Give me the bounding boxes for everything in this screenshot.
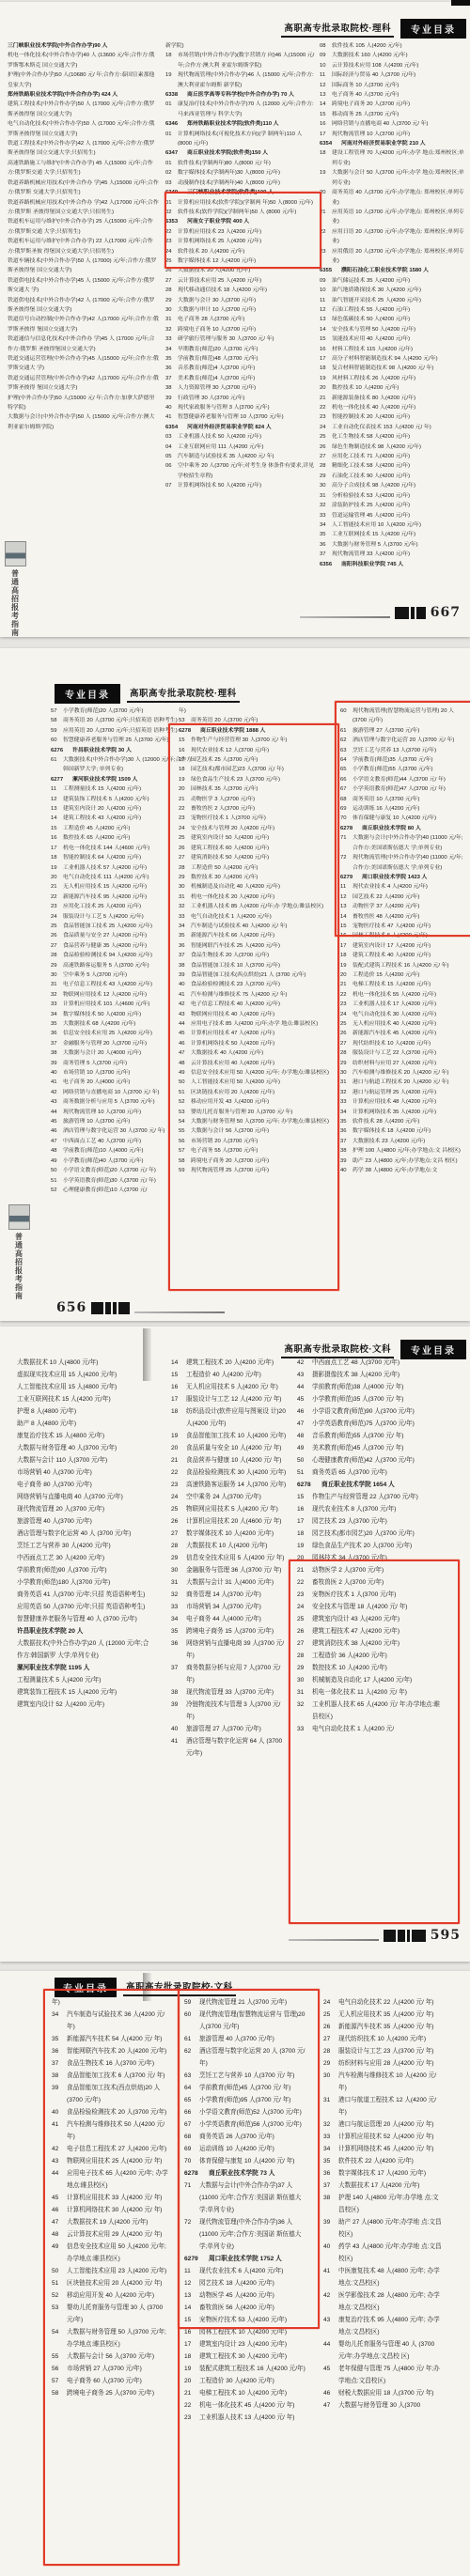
catalog-entry: 23宠物医疗技术 1 人(3700 元/年) (297, 1589, 446, 1601)
major-text: 现代物流管理 21 人(3700 元/年) (199, 1996, 306, 2009)
major-text: 食品生物技术 16 人(3700 元/年) (67, 2057, 172, 2070)
major-text: 现代农业技术 12 人(3700 元/年) (191, 746, 333, 755)
major-number: 17 (171, 1393, 186, 1405)
catalog-entry: 67小学英语教育(师范)47 人(3700 元/ 年) (340, 784, 468, 794)
major-number: 51 (297, 1466, 312, 1479)
major-number: 40 (340, 1166, 352, 1175)
major-number: 48 (179, 1059, 191, 1068)
catalog-entry: 6276许昌职业技术学院 30 人 (51, 746, 194, 755)
major-number: 09 (320, 51, 332, 60)
catalog-entry: 41酒店管理与数字化运营 64 人 (3700 元/年) (171, 1735, 287, 1760)
major-number: 26 (340, 1029, 352, 1038)
major-number: 41 (165, 412, 178, 422)
catalog-entry: 56市场营销 20 人(3700 元/年) (179, 1137, 333, 1146)
major-number: 57 (52, 2375, 67, 2387)
catalog-entry: 6349三门峡职业技术学院(软件类)100 人 (165, 188, 316, 197)
catalog-entry: 27云计算技术应用 25 人(4200 元/年) (165, 276, 316, 286)
major-number: 09 (320, 276, 332, 286)
major-text: 电梯工程技术 10 人(4200 元/年) (199, 2387, 306, 2399)
catalog-entry: 02软件技术(软件学院)(学制两年)50 人 (8000 元/年) (165, 208, 316, 217)
major-text: 计算机应用技术 23 人(4200 元/年) (178, 227, 316, 237)
catalog-entry: 15氢能技术应用 40 人(4200 元/年) (320, 334, 468, 344)
major-number: 41 (171, 1735, 186, 1747)
major-number: 44 (323, 2338, 338, 2351)
major-text: 数控技术 10 人(4200 元/年) (332, 383, 468, 393)
school-name: 商丘职业技术学院 1888 人 (200, 726, 333, 736)
catalog-entry: 29信息安全技术应用 5 人(4200 元/ 年) (171, 1552, 287, 1564)
major-number: 53 (179, 716, 191, 725)
major-text: 现代物流管理(中外合作办学)36 人(11000 元/年;合作方:美国诺 斯伍德… (199, 2216, 306, 2253)
catalog-entry: 51商务英语 65 人(3700 元/年) (297, 1466, 446, 1479)
catalog-entry: 44应用电子技术 85 人(4200 元/年;办学 地点:睢县校区) (179, 1019, 333, 1029)
major-text: 氢能技术应用 40 人(4200 元/年) (332, 334, 468, 344)
major-text: 现代物流管理(智慧物流运营与 管理)20 人(3700 元/年) (199, 2009, 306, 2033)
major-number: 48 (297, 1430, 312, 1442)
major-number: 25 (51, 922, 63, 931)
scanned-catalog-screenshot: { "doc": { "tab_text": "普通高招报考指南", "acce… (0, 0, 470, 2576)
major-number: 37 (320, 550, 332, 559)
catalog-entry: 21动物医学 2 人(3700 元/年) (297, 1564, 446, 1576)
major-text: 移动应用开发 40 人(4200 元/年) (67, 2289, 172, 2302)
catalog-entry: 46财税大数据应用 18 人(3700 元/ 年) (323, 2387, 442, 2399)
catalog-entry: 47大数据技术 19 人(4200 元/年) (52, 2216, 172, 2228)
major-text: 工业互联网应用 111 人(4200 元/年) (178, 442, 316, 452)
school-code: 6353 (165, 217, 187, 226)
major-number: 50 (51, 1166, 63, 1175)
major-text: 市场营销 10 人(3700 元/年) (63, 1068, 194, 1078)
catalog-entry: 22食品检验检测技术 30 人(4200 元/年) (171, 1466, 287, 1479)
major-text: 食品生物技术 20 人(3700 元/年) (191, 951, 333, 960)
major-text: 现代物流管理(中外合作办学)40 (11000 元/年;合作方:美国诺斯伍德大 … (352, 853, 468, 873)
major-number: 30 (340, 1068, 352, 1078)
school-name: 河南对外经济贸易职业学院 824 人 (187, 423, 316, 432)
catalog-entry: 25无人机应用技术 35 人(4200 元/ 年) (323, 2009, 442, 2021)
publisher-logo-icon (8, 1204, 30, 1230)
catalog-entry: 19风材料工程技术 26 人(4200 元/年) (320, 374, 468, 383)
scanned-page-1: 高职高专批录取院校·理科专业目录三门峡职业技术学院(中外合作办学)90 人机电一… (0, 2, 470, 637)
major-text: 绿色生物制造技术 98 人(4200 元/年) (332, 442, 468, 452)
major-number: 48 (51, 1146, 63, 1156)
text-column-1: 57小学教育(师范)20 人(3700 元/年)58商务英语 20 人(3700… (51, 706, 194, 1298)
catalog-entry: 大数据与会计(中外合作办学)50 人 (15000 元/年;合作方:澳大利亚霍尔… (8, 412, 159, 432)
major-number: 68 (340, 795, 352, 804)
catalog-entry: 烹饪工艺与营养 30 人(4200 元/年) (17, 1540, 150, 1552)
major-text: 运动训练 10 人(4200 元/年) (199, 2143, 306, 2155)
catalog-entry: 6278商丘职业技术学院 1654 人 (297, 1479, 446, 1491)
major-number: 40 (323, 2241, 338, 2253)
catalog-label-box: 专业目录 (400, 19, 466, 39)
major-text: 园林技术 34 人(3700 元/年) (312, 1552, 446, 1564)
major-number: 29 (171, 1552, 186, 1564)
major-text: 助产 23 人(4800 元/年;办学地点:文昌 校区) (352, 1156, 468, 1166)
major-text: 计算机应用技术 47 人(4200 元/年) (191, 1029, 333, 1038)
catalog-entry: 15移动商务 25 人(3700 元/年) (320, 110, 468, 119)
catalog-entry: 53商务英语 20 人(3700 元/年) (179, 716, 333, 725)
major-text: 应用电子技术 65 人(4200 元/年; 办学地点:睢县校区) (67, 2167, 172, 2192)
catalog-entry: 69运动训练 10 人(4200 元/年) (184, 2143, 306, 2155)
catalog-entry: 护理(中外合作办学)50 人(10680 元/ 年;合作方:泰国宣素那他皇家大学… (8, 70, 159, 90)
major-number: 67 (340, 784, 352, 794)
catalog-entry: 63烹饪工艺与营养 10 人(3700 元/ 年) (184, 2070, 306, 2082)
major-text: 大数据技术 19 人(4200 元/年) (67, 2216, 172, 2228)
page-number: 595 (431, 1928, 461, 1943)
school-code: 6278 (184, 2167, 209, 2180)
major-text: 大数据与会计 20 人(4000 元/年) (63, 1048, 194, 1058)
catalog-entry: 15宠物医疗技术 53 人(4200 元/年) (184, 2314, 306, 2326)
major-text: 研学旅行管理与服务 30 人(3700 元/ 年) (178, 334, 316, 344)
catalog-entry: 26大数据技术 20 人(4200 元/年) (165, 266, 316, 275)
catalog-entry: 25无人机应用技术 40 人(4200 元/年) (340, 1019, 468, 1029)
catalog-entry: 22机电一体化技术 55 人(4200 元/年) (340, 990, 468, 1000)
major-text: 信息安全技术应用 25 人(4200 元/年) (63, 1029, 194, 1038)
major-number: 32 (179, 902, 191, 911)
major-number: 38 (323, 2192, 338, 2204)
major-number: 29 (320, 472, 332, 481)
major-text: 港口与航运管理 25 人(4200 元/年) (352, 1088, 468, 1097)
major-number: 45 (297, 1393, 312, 1405)
major-text: 建筑装饰工程技术 5 人(4200 元/年) (63, 795, 194, 804)
major-text: 大数据技术 160 人(4200 元/年) (332, 51, 468, 60)
major-number: 49 (179, 1068, 191, 1078)
major-text: 小学语文教育(师范)90 人(3700 元/年) (312, 1405, 446, 1418)
major-text: 园林技术 35 人(3700 元/年) (191, 784, 333, 794)
major-number: 31 (51, 980, 63, 989)
catalog-entry: 学前教育(师范)90 人(3700 元/年) (17, 1564, 150, 1576)
catalog-entry: 28工程造价 36 人(4200 元/年) (297, 1650, 446, 1662)
major-text: 计算机应用技术 52 人(4200 元/ 年) (338, 2131, 442, 2143)
catalog-entry: 43商务数据分析与应用 5 人(3700 元/年) (51, 1097, 194, 1107)
major-number: 25 (320, 432, 332, 442)
major-number: 72 (184, 2216, 199, 2228)
catalog-entry: 44现代物流管理 10 人(3700 元/年) (51, 1108, 194, 1117)
major-number: 35 (320, 530, 332, 539)
school-name: 周口职业技术学院 1752 人 (209, 2253, 306, 2265)
catalog-entry: 30大数据与审计 10 人(3700 元/年) (165, 305, 316, 315)
text-column-1: 三门峡职业技术学院(中外合作办学)90 人机电一体化技术(中外合作办学)40 人… (8, 41, 159, 611)
major-number: 55 (179, 1126, 191, 1136)
major-text: 国际经济与贸易 40 人(3700 元/年) (332, 70, 468, 80)
major-number: 10 (320, 61, 332, 70)
major-number: 44 (179, 1019, 191, 1029)
catalog-entry: 24服装设计与工艺 5 人(4200 元/年) (51, 912, 194, 922)
catalog-entry: 37食品生物技术 20 人(3700 元/年) (179, 951, 333, 960)
catalog-entry: 30机械制造及自动化 17 人(4200 元/年) (297, 1674, 446, 1686)
major-text: 大数据技术 20 人(4200 元/年) (178, 266, 316, 275)
catalog-entry: 28服装设计与工艺 23 人(3700 元/ 年) (323, 2045, 442, 2057)
major-number: 62 (184, 2045, 199, 2057)
major-text: 移动商务 25 人(3700 元/年) (332, 110, 468, 119)
major-text: 空中乘务 24 人(3700 元/年) (186, 1491, 287, 1503)
catalog-entry: 网络营销与直播电商 40 人(3700 元/年) (17, 1491, 150, 1503)
major-text: 大数据与财务管理 30 人(3700 (338, 2399, 442, 2412)
major-number: 13 (184, 2289, 199, 2302)
major-number: 18 (165, 51, 178, 60)
major-text: 应用英语 20 人(3700 元/年;只招英语 语种考生) (63, 726, 194, 736)
major-number: 24 (297, 1601, 312, 1613)
major-text: 市场营销 27 人(3700 元/年) (67, 2363, 172, 2375)
major-number: 14 (51, 814, 63, 823)
major-text: 人工智能技术应用 10 人(4200 元/年) (332, 520, 468, 530)
major-number: 27 (179, 853, 191, 862)
major-number: 66 (184, 2106, 199, 2118)
major-text: 动物医学 3 人(3700 元/年) (191, 795, 333, 804)
major-text: 计算机网络技术 45 人(4200 元/ 年) (338, 2143, 442, 2155)
catalog-entry: 08软件技术 105 人(4200 元/年) (320, 41, 468, 51)
major-text: 软件技术 28 人(4200 元/年) (352, 1117, 468, 1126)
major-text: 中医康复技术 48 人(4800 元/年; 办学地点:文昌校区) (338, 2265, 442, 2289)
major-number: 32 (320, 501, 332, 510)
major-text: 大数据与财务管理 5 人(3700 元/年) (332, 540, 468, 550)
catalog-entry: 39冷链物流技术与管理 3 人(3700 元/年) (171, 1699, 287, 1723)
catalog-entry: 66小学语文教育(师范)52 人(3700 元/年) (184, 2106, 306, 2118)
catalog-entry: 30金融服务与管理 36 人(3700 元/ 年) (171, 1564, 287, 1576)
school-name: 南阳科技职业学院 745 人 (341, 560, 468, 569)
major-number: 57 (179, 1146, 191, 1156)
major-number: 60 (340, 706, 352, 716)
major-text: 大数据技术 10 人(4200 元/年) (186, 1540, 287, 1552)
major-number: 31 (165, 315, 178, 324)
catalog-entry: 17现代物流管理 10 人(3700 元/年) (320, 130, 468, 139)
major-number: 22 (320, 403, 332, 412)
catalog-entry: 72现代物流管理(中外合作办学)40 (11000 元/年;合作方:美国诺斯伍德… (340, 853, 468, 873)
major-number: 72 (340, 853, 352, 862)
major-number: 30 (171, 1564, 186, 1576)
ink-block (105, 1302, 111, 1314)
major-number: 42 (323, 2289, 338, 2302)
major-text: 分析检验技术 53 人(4200 元/年) (332, 491, 468, 501)
catalog-entry: 60现代物流管理(智慧物流运营与 管理)20 人(3700 元/年) (184, 2009, 306, 2033)
page-header: 高职高专批录取院校·理科专业目录 (0, 19, 470, 39)
catalog-entry: 32工业机器人技术 85 人(4200 元/年;办 学地点:睢县校区) (179, 902, 333, 911)
school-code: 6278 (297, 1479, 321, 1491)
catalog-entry: 21无人机应用技术 15 人(4200 元/年) (51, 882, 194, 892)
major-number: 39 (51, 1059, 63, 1068)
major-number: 44 (297, 1381, 312, 1393)
major-text: 数字媒体技术 18 人(4200 元/年) (352, 1126, 468, 1136)
major-text: 体育保健与康复 10 人(4200 元/年) (352, 814, 468, 823)
catalog-entry: 64学前教育(师范)35 人(3700 元/年) (340, 755, 468, 765)
major-text: 小学语文教育(师范)44 人(3700 元/ 年) (352, 775, 468, 784)
major-text: 装配式建筑工程技术 16 人(4200 元/年) (199, 2363, 306, 2375)
major-text: 服装设计与工艺 22 人(3700 元/年) (352, 1048, 468, 1058)
major-text: 大数据与会计 30 人(3700 元/年) (178, 296, 316, 305)
major-number: 40 (51, 1068, 63, 1078)
major-number: 34 (51, 1010, 63, 1019)
footer-rule (289, 1939, 379, 1941)
major-number: 17 (179, 755, 191, 765)
major-text: 无人机应用技术 40 人(4200 元/年) (352, 1019, 468, 1029)
catalog-entry: 43物联网应用技术 25 人(4200 元/ 年) (52, 2155, 172, 2167)
catalog-entry: 29数控技术 30 人(4200 元/年) (179, 873, 333, 882)
major-text: 计算机应用技术 48 人(4200 元/年) (352, 1097, 468, 1107)
catalog-entry: 17高分子材料智能制造技术 94 人(4200 元/年) (320, 354, 468, 364)
major-number: 50 (179, 1078, 191, 1087)
catalog-entry: 01软件技术(学制两年)80 人(8000 元/ 年) (165, 159, 316, 168)
major-text: 智慧健康养老服务与管理 25 人(3700 元/年) (63, 736, 194, 745)
catalog-entry: 49信息安全技术应用 50 人(4200 元/年; 办学地点:睢县校区) (179, 1068, 333, 1078)
text-column-2: 年)53商务英语 20 人(3700 元/年)6278商丘职业技术学院 1888… (179, 706, 333, 1298)
major-number: 17 (297, 1515, 312, 1528)
catalog-entry: 25建筑室内设计 50 人(4200 元/年) (179, 833, 333, 843)
catalog-entry: 55大数据与会计 56 人(3700 元/年) (52, 2351, 172, 2363)
major-number: 31 (179, 892, 191, 902)
major-number: 48 (52, 2228, 67, 2241)
major-text: 油气地质勘探技术 30 人(4200 元/年) (332, 286, 468, 295)
catalog-entry: 30空中乘务 5 人(3700 元/年) (51, 970, 194, 980)
major-text: 服装设计与工艺 23 人(3700 元/ 年) (338, 2045, 442, 2057)
major-text: 作物生产与经营管理 22 人(3700 元/年) (312, 1491, 446, 1503)
major-text: 高速铁路客运服务 5 人(3700 元/年) (63, 961, 194, 970)
major-number: 26 (323, 2021, 338, 2033)
major-text: 食品营养与健康 10 人(4200 元/ 年) (186, 1454, 287, 1466)
major-text: 老年保健与管理 75 人(4800 元/ 年;办学地点:文昌校区) (338, 2363, 442, 2387)
major-number: 59 (184, 1996, 199, 2009)
major-number: 38 (171, 1686, 186, 1699)
major-text: 机械制造及自动化 17 人(4200 元/年) (312, 1674, 446, 1686)
major-text: 涂装防护技术 25 人(4200 元/年) (332, 501, 468, 510)
major-number: 37 (52, 2057, 67, 2070)
catalog-entry: 38食品智能加工技术 6 人(3700 元/ 年) (52, 2070, 172, 2082)
major-text: 中西面点工艺 40 人(3700 元/年) (63, 1137, 194, 1146)
text-column-2: 新学院)18市场营销(中外合作办学)(数字营销方 向)46 人(15000 元/… (165, 41, 316, 611)
major-number: 18 (340, 951, 352, 960)
major-text: 小学语文教育(师范)20 人(3700 元/ 年) (63, 1166, 194, 1175)
major-text: 机电一体化技术 40 人(4200 元/年) (332, 403, 468, 412)
major-number: 58 (179, 1156, 191, 1166)
catalog-entry: 30汽车检测与维修技术 10 人(4200 元/年) (323, 2070, 442, 2094)
major-text: 精细化工技术 58 人(4200 元/年) (332, 461, 468, 471)
catalog-entry: 12建筑装饰工程技术 5 人(4200 元/年) (51, 795, 194, 804)
catalog-entry: 10云计算技术应用 108 人(4200 元/年) (320, 61, 468, 70)
catalog-entry: 51小学英语教育(师范)30 人(3700 元/ 年) (51, 1176, 194, 1186)
major-number: 25 (179, 833, 191, 843)
major-text: 食品智能加工技术 25 人(4200 元/年) (63, 922, 194, 931)
catalog-entry: 43摄影摄像技术 38 人(4200 元/年) (297, 1369, 446, 1381)
major-number: 35 (52, 2033, 67, 2045)
catalog-entry: 33电气自动化技术 1 人(4200 元/年) (179, 912, 333, 922)
major-text: 化工生物技术 58 人(4200 元/年) (332, 432, 468, 442)
catalog-entry: 商务英语 41 人(3700 元/年;只招 英语语种考生) (17, 1589, 150, 1601)
major-text: 计算机应用技术 101 人(4600 元/年) (63, 1000, 194, 1009)
major-text: 园艺技术 23 人(3700 元/年) (312, 1515, 446, 1528)
major-number: 41 (51, 1078, 63, 1087)
ink-block (412, 1930, 426, 1942)
major-number: 28 (340, 1048, 352, 1058)
catalog-entry: 48云计算技术应用 40 人(4200 元/年) (179, 1059, 333, 1068)
catalog-entry: 45计算机应用技术 47 人(4200 元/年) (179, 1029, 333, 1038)
major-text: 小学教育(师范)95 人(3700 元/ 年) (199, 2094, 306, 2106)
catalog-entry: 市场营销 40 人(3700 元/年) (17, 1466, 150, 1479)
major-text: 汽车制造与试验技术 40 人(4200 元/ 年) (191, 922, 333, 931)
catalog-entry: 23智能控制技术 20 人(4200 元/年) (320, 412, 468, 422)
major-number: 59 (51, 726, 63, 736)
major-text: 智能控制技术 20 人(4200 元/年) (332, 412, 468, 422)
catalog-entry: 48云计算技术应用 29 人(4200 元/ 年) (52, 2228, 172, 2241)
footer-ink-blocks (384, 1930, 426, 1942)
major-number: 18 (297, 1528, 312, 1540)
school-name: 商丘职业技术学院(软件类)150 人 (187, 148, 316, 158)
major-number: 63 (340, 746, 352, 755)
major-number: 62 (340, 736, 352, 745)
school-code: 6355 (320, 266, 341, 275)
major-number: 15 (51, 824, 63, 833)
major-number: 23 (340, 1000, 352, 1009)
catalog-entry: 51区块链技术应用 20 人(4200 元/年) (179, 1088, 333, 1097)
major-number: 31 (297, 1686, 312, 1699)
ink-block (118, 1302, 130, 1314)
catalog-entry: 28精细化工技术 58 人(4200 元/年) (320, 461, 468, 471)
major-number: 37 (179, 951, 191, 960)
major-text: 现代物流管理(中外合作办学)46 人 (15000 元/年;合作方:澳大利亚霍尔… (178, 70, 316, 90)
major-number: 19 (51, 863, 63, 873)
major-number: 01 (165, 159, 178, 168)
major-text: 跨境电子商务 20 人(3700 元/年) (332, 100, 468, 109)
major-text: 酒店管理与数字化运营 30 人(3700 元/ 年) (63, 1126, 194, 1136)
major-text: 无人机应用技术 5 人(4200 元/ 年) (186, 1381, 287, 1393)
major-number: 12 (340, 892, 352, 902)
catalog-entry: 29纺织材料与应用 28 人(4200 元/ 年) (323, 2057, 442, 2070)
catalog-entry: 27建筑消防技术 50 人(4200 元/年) (179, 853, 333, 862)
major-number: 40 (171, 1723, 186, 1735)
catalog-entry: 33计算机应用技术 52 人(4200 元/ 年) (323, 2131, 442, 2143)
catalog-entry: 37食品生物技术 16 人(3700 元/年) (52, 2057, 172, 2070)
catalog-entry: 36大数据与财务管理 5 人(3700 元/年) (320, 540, 468, 550)
catalog-entry: 26计算机应用技术 20 人(4600 元/ 年) (171, 1515, 287, 1528)
catalog-entry: 55大数据与会计 56 人(3700 元/年) (179, 1126, 333, 1136)
major-number: 14 (320, 325, 332, 334)
catalog-entry: 13动物医学 45 人(4200 元/年) (184, 2289, 306, 2302)
major-text: 商务英语 20 人(3700 元/年;只招英语 语种考生) (63, 716, 194, 725)
major-text: 汽车检测与维修技术 10 人(4200 元/年) (338, 2070, 442, 2094)
catalog-entry: 建筑工程技术(中外合作办学)50 人 (17000 元/年;合作方:俄罗斯圣彼得… (8, 100, 159, 119)
major-text: 数控技术 30 人(4200 元/年) (191, 873, 333, 882)
major-number: 11 (320, 70, 332, 80)
catalog-entry: 33管道运输管理 45 人(4200 元/年) (320, 511, 468, 520)
major-text: 宠物医疗技术 53 人(4200 元/年) (199, 2314, 306, 2326)
major-text: 畜牧兽医 56 人(4200 元/年) (199, 2302, 306, 2314)
catalog-entry: 26食品质量与安全 27 人(4200 元/年) (51, 931, 194, 940)
page-corner-mark (451, 0, 470, 6)
major-number: 22 (171, 1466, 186, 1479)
major-text: 新能源装备技术 80 人(4200 元/年) (332, 394, 468, 403)
book-edge-tab-text: 普通高招报考指南 (14, 1233, 24, 1300)
major-text: 工业机器人技术 13 人(4200 元/ 年) (199, 2412, 306, 2424)
catalog-entry: 35新能源汽车技术 66 人(4200 元/年) (179, 931, 333, 940)
major-text: 小学教育(师范)35 人(3700 元/ 年) (312, 1393, 446, 1405)
catalog-entry: 23工业机器人技术 13 人(4200 元/ 年) (184, 2412, 306, 2424)
catalog-entry: 大数据与财务管理 40 人(3700 元/年) (17, 1442, 150, 1454)
major-text: 宠物医疗技术 1 人(3700 元/年) (312, 1589, 446, 1601)
major-text: 石油工程技术 55 人(4200 元/年) (332, 305, 468, 315)
catalog-entry: 14畜牧兽医 48 人(4200 元/年) (340, 912, 468, 922)
major-number: 19 (165, 70, 178, 80)
major-number: 18 (320, 148, 332, 158)
major-text: 畜牧兽医 2 人(3700 元/年) (191, 804, 333, 814)
major-number: 13 (51, 804, 63, 814)
major-text: 宠物医疗技术 1 人(3700 元/年) (191, 814, 333, 823)
catalog-entry: 16现代农业技术 8 人(3700 元/年) (297, 1503, 446, 1515)
major-number: 27 (323, 2033, 338, 2045)
catalog-entry: 24电气自动化技术 30 人(4200 元/年) (340, 1010, 468, 1019)
major-text: 大数据技术 17 人(4200 元/年) (338, 2180, 442, 2192)
catalog-entry: 18园艺技术(都市园艺)23 人(3700 元/ 年) (179, 765, 333, 774)
catalog-entry: 23工业机器人技术 17 人(4200 元/年) (340, 1000, 468, 1009)
catalog-entry: 38食品智能加工技术 10 人(3700 元/年) (179, 961, 333, 970)
catalog-entry: 14安全技术与管理 50 人(4200 元/年) (320, 325, 468, 334)
catalog-entry: 20商务英语 40 人(3700 元/年;办学地点: 郑州校区;单列专业) (320, 188, 468, 208)
catalog-entry: 22机电一体化技术 40 人(4200 元/年) (320, 403, 468, 412)
major-text: 安全技术与管理 18 人(4200 元/ 年) (312, 1601, 446, 1613)
